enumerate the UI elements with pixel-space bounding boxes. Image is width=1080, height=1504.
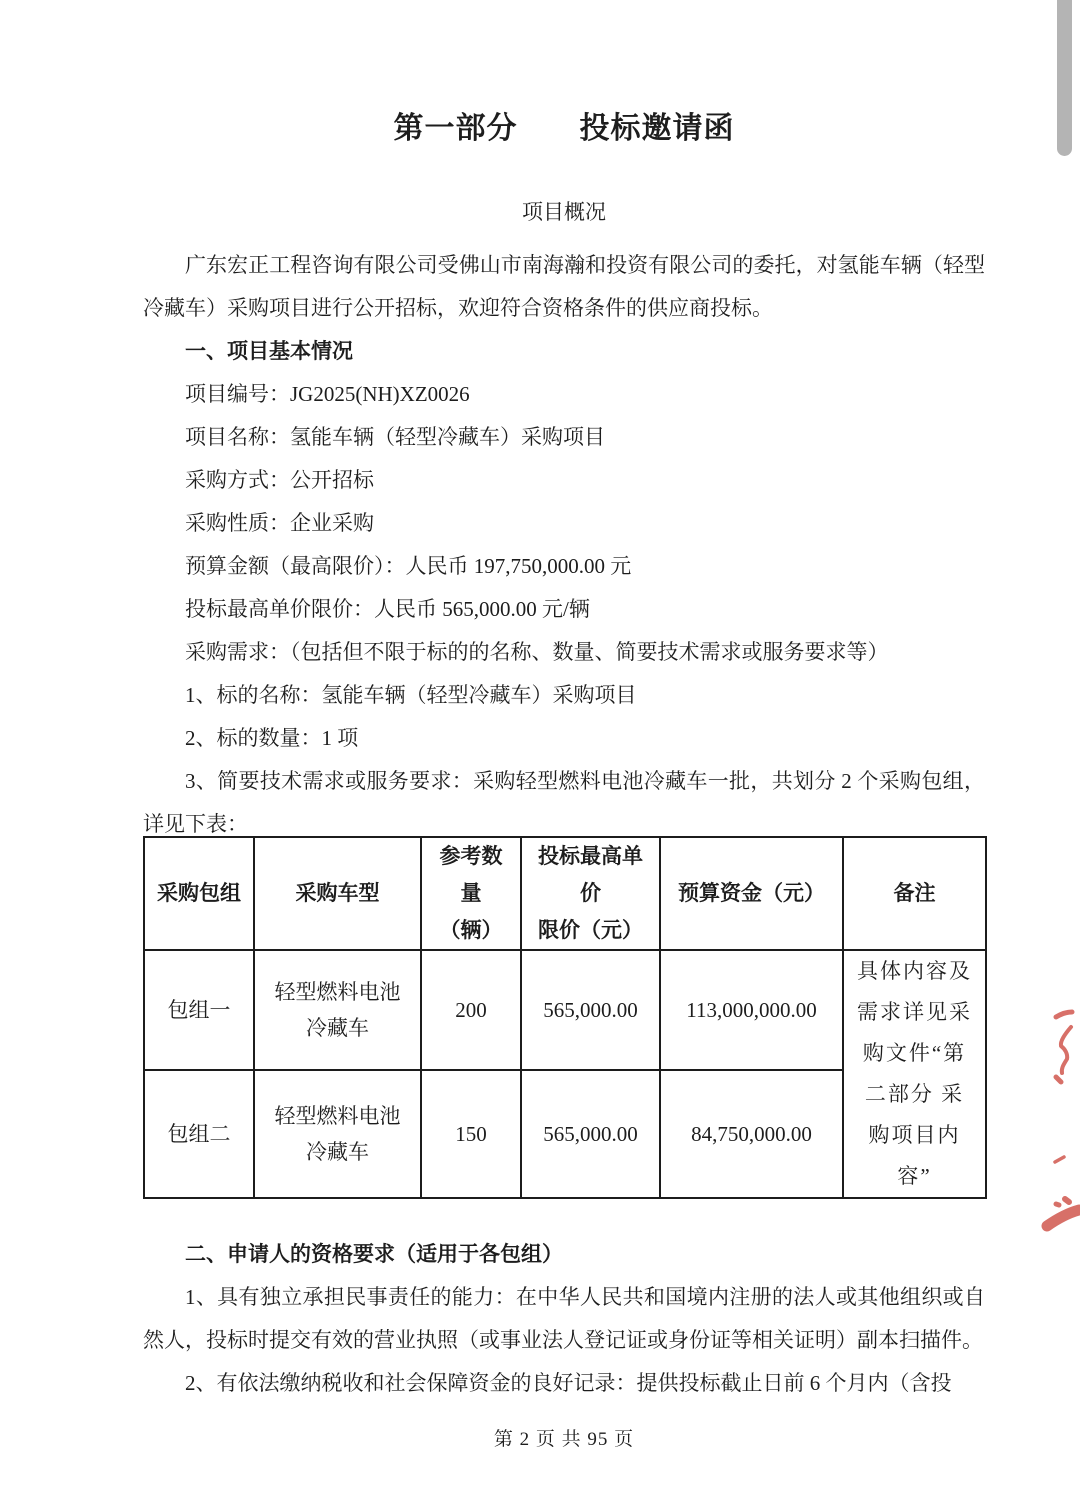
red-stroke-dash-top bbox=[1056, 1012, 1072, 1017]
col-header-remark: 备注 bbox=[843, 837, 986, 950]
cell-vehicle: 轻型燃料电池冷藏车 bbox=[254, 1070, 421, 1198]
heading-basic-info: 一、项目基本情况 bbox=[143, 330, 985, 373]
table-header-row: 采购包组 采购车型 参考数量 （辆） 投标最高单价 限价（元） 预算资金（元） … bbox=[144, 837, 986, 950]
red-stroke-zigzag bbox=[1061, 1027, 1071, 1073]
cell-budget: 113,000,000.00 bbox=[660, 950, 843, 1070]
qualification-item-2: 2、有依法缴纳税收和社会保障资金的良好记录：提供投标截止日前 6 个月内（含投 bbox=[143, 1362, 985, 1405]
col-header-budget: 预算资金（元） bbox=[660, 837, 843, 950]
document-page: 第一部分 投标邀请函 项目概况 广东宏正工程咨询有限公司受佛山市南海瀚和投资有限… bbox=[0, 0, 1080, 1504]
intro-paragraph: 广东宏正工程咨询有限公司受佛山市南海瀚和投资有限公司的委托，对氢能车辆（轻型冷藏… bbox=[143, 244, 985, 330]
red-stroke-small-dash bbox=[1055, 1157, 1064, 1162]
heading-qualification: 二、申请人的资格要求（适用于各包组） bbox=[143, 1233, 985, 1276]
package-table: 采购包组 采购车型 参考数量 （辆） 投标最高单价 限价（元） 预算资金（元） … bbox=[143, 836, 987, 1199]
procurement-nature-line: 采购性质：企业采购 bbox=[143, 502, 985, 545]
cell-qty: 150 bbox=[421, 1070, 521, 1198]
subject-qty-line: 2、标的数量：1 项 bbox=[143, 717, 985, 760]
cell-package: 包组一 bbox=[144, 950, 254, 1070]
cell-max-price: 565,000.00 bbox=[521, 950, 660, 1070]
page-number: 第 2 页 共 95 页 bbox=[143, 1425, 985, 1455]
cell-qty: 200 bbox=[421, 950, 521, 1070]
cell-budget: 84,750,000.00 bbox=[660, 1070, 843, 1198]
budget-amount-line: 预算金额（最高限价）：人民币 197,750,000.00 元 bbox=[143, 545, 985, 588]
col-header-qty: 参考数量 （辆） bbox=[421, 837, 521, 950]
col-header-vehicle: 采购车型 bbox=[254, 837, 421, 950]
table-row: 包组一 轻型燃料电池冷藏车 200 565,000.00 113,000,000… bbox=[144, 950, 986, 1070]
procurement-demand-line: 采购需求：（包括但不限于标的的名称、数量、简要技术需求或服务要求等） bbox=[143, 631, 985, 674]
scrollbar-thumb[interactable] bbox=[1057, 0, 1072, 156]
col-header-package: 采购包组 bbox=[144, 837, 254, 950]
red-stroke-thick bbox=[1047, 1210, 1079, 1226]
subject-name-line: 1、标的名称：氢能车辆（轻型冷藏车）采购项目 bbox=[143, 674, 985, 717]
project-name-line: 项目名称：氢能车辆（轻型冷藏车）采购项目 bbox=[143, 416, 985, 459]
procurement-method-line: 采购方式：公开招标 bbox=[143, 459, 985, 502]
red-stroke-dot bbox=[1056, 1077, 1061, 1082]
col-header-max-price: 投标最高单价 限价（元） bbox=[521, 837, 660, 950]
cell-vehicle: 轻型燃料电池冷藏车 bbox=[254, 950, 421, 1070]
document-content: 第一部分 投标邀请函 项目概况 广东宏正工程咨询有限公司受佛山市南海瀚和投资有限… bbox=[143, 103, 985, 1455]
red-stroke-dot-right bbox=[1065, 1199, 1069, 1202]
technical-demand-paragraph: 3、简要技术需求或服务要求：采购轻型燃料电池冷藏车一批，共划分 2 个采购包组，… bbox=[143, 760, 985, 846]
part-title: 第一部分 投标邀请函 bbox=[143, 103, 985, 155]
red-annotation-marks bbox=[1030, 1000, 1080, 1350]
red-stroke-dot-left bbox=[1056, 1204, 1059, 1205]
cell-remark: 具体内容及需求详见采购文件“第二部分 采购项目内容” bbox=[843, 950, 986, 1198]
section-subtitle: 项目概况 bbox=[143, 191, 985, 234]
cell-max-price: 565,000.00 bbox=[521, 1070, 660, 1198]
max-unit-price-line: 投标最高单价限价：人民币 565,000.00 元/辆 bbox=[143, 588, 985, 631]
qualification-item-1: 1、具有独立承担民事责任的能力：在中华人民共和国境内注册的法人或其他组织或自然人… bbox=[143, 1276, 985, 1362]
project-number-line: 项目编号：JG2025(NH)XZ0026 bbox=[143, 373, 985, 416]
cell-package: 包组二 bbox=[144, 1070, 254, 1198]
